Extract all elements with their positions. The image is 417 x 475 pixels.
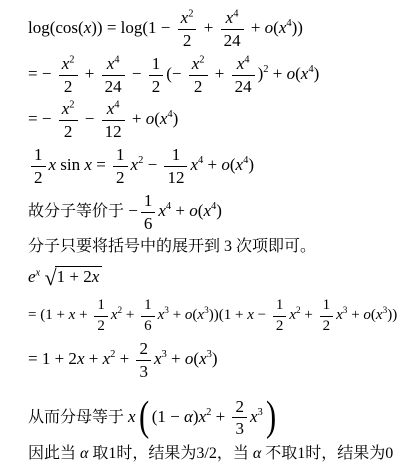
fraction: x22 (189, 54, 208, 96)
math-text: 1 (172, 145, 181, 164)
math-text: 3 (139, 362, 148, 381)
math-variable: o (265, 18, 274, 37)
fraction: 16 (141, 297, 155, 335)
math-variable: x (199, 406, 207, 425)
denominator: 2 (178, 30, 197, 50)
numerator: 1 (320, 297, 334, 317)
math-text: + (84, 349, 102, 368)
math-text: + (128, 109, 146, 128)
cjk-text: 不取1时，结果为0 (261, 445, 393, 462)
text-conclusion: 因此当 α 取1时，结果为3/2，当 α 不取1时，结果为0 (28, 444, 413, 463)
math-text: 1 (116, 145, 125, 164)
math-document: log(cos(x)) = log(1 − x22 + x424 + o(x4)… (0, 0, 417, 463)
math-text: + (269, 63, 287, 82)
math-text: + (301, 308, 317, 324)
denominator: 3 (232, 418, 247, 438)
math-text: − (128, 63, 146, 82)
math-variable: o (287, 63, 296, 82)
math-text: + (75, 308, 91, 324)
math-text: 4 (114, 54, 119, 65)
math-text: 24 (235, 77, 252, 96)
formula-log-cos-expansion: log(cos(x)) = log(1 − x22 + x424 + o(x4)… (28, 8, 413, 50)
math-text: 1 (152, 54, 161, 73)
math-variable: x (190, 155, 198, 174)
fraction: 12 (31, 145, 46, 187)
numerator: 1 (94, 297, 108, 317)
math-text: 1 (34, 145, 43, 164)
math-variable: x (49, 155, 57, 174)
math-variable: x (128, 406, 136, 425)
fraction: 12 (149, 54, 164, 96)
denominator: 24 (221, 30, 244, 50)
math-variable: x (131, 155, 139, 174)
math-variable: x (92, 267, 100, 286)
math-text: (1 − (152, 406, 184, 425)
math-text: + (247, 18, 265, 37)
fraction: 16 (141, 191, 156, 233)
formula-half-x-sin-x: 12x sin x = 12x2 − 112x4 + o(x4) (28, 145, 413, 187)
numerator: x4 (102, 99, 125, 121)
cjk-text: 因此当 (28, 445, 80, 462)
math-text: − (81, 109, 99, 128)
formula-expansion-step-2: = − x22 + x424 − 12(− x22 + x424)2 + o(x… (28, 54, 413, 96)
math-text: sin (56, 155, 84, 174)
denominator: 6 (141, 317, 155, 335)
fraction: 23 (136, 339, 151, 381)
math-text: 2 (139, 339, 148, 358)
fraction: 12 (113, 145, 128, 187)
denominator: 12 (102, 121, 125, 141)
formula-product-result: = 1 + 2x + x2 + 23x3 + o(x3) (28, 339, 413, 381)
fraction: 12 (94, 297, 108, 335)
math-text: 12 (105, 122, 122, 141)
superscript: 2 (188, 8, 193, 19)
math-variable: x (103, 349, 111, 368)
denominator: 2 (113, 167, 128, 187)
math-text: + (199, 18, 217, 37)
math-variable: o (189, 201, 198, 220)
math-text: = 1 + 2 (28, 349, 77, 368)
text-numerator-note: 分子只要将括号中的展开到 3 次项即可。 (28, 236, 413, 256)
fraction: x22 (59, 99, 78, 141)
math-text: − (124, 201, 138, 220)
fraction: 12 (320, 297, 334, 335)
math-variable: x (376, 308, 383, 324)
math-variable: x (250, 406, 258, 425)
fraction: x424 (232, 54, 255, 96)
math-variable: x (158, 201, 166, 220)
denominator: 2 (189, 76, 208, 96)
math-text: + (347, 308, 363, 324)
math-text: + (169, 308, 185, 324)
fraction: 12 (273, 297, 287, 335)
math-text: − (254, 308, 270, 324)
math-variable: e (28, 267, 36, 286)
math-text: 2 (323, 318, 331, 334)
numerator: x2 (178, 8, 197, 30)
math-text: ) (212, 349, 218, 368)
math-text: 2 (188, 8, 193, 19)
math-text: 2 (69, 54, 74, 65)
denominator: 2 (273, 317, 287, 335)
numerator: x4 (221, 8, 244, 30)
math-variable: x (203, 201, 211, 220)
math-text: = (92, 155, 110, 174)
math-text: 2 (152, 77, 161, 96)
math-text: log(cos( (28, 18, 84, 37)
math-text: 2 (97, 318, 105, 334)
math-text: ) (314, 63, 320, 82)
superscript: 2 (69, 100, 74, 111)
math-text: )) (387, 308, 397, 324)
math-variable: x (236, 155, 244, 174)
math-text: 1 + 2 (57, 267, 92, 286)
math-text: (− (166, 63, 186, 82)
numerator: x2 (189, 54, 208, 76)
math-text: + (211, 63, 229, 82)
sqrt-content: 1 + 2x (55, 266, 103, 287)
math-variable: x (289, 308, 296, 324)
math-text: ))(1 + (209, 308, 247, 324)
superscript: 4 (114, 100, 119, 111)
numerator: 1 (273, 297, 287, 317)
formula-expansion-result: = − x22 − x412 + o(x4) (28, 99, 413, 141)
math-text: 3 (235, 419, 244, 438)
cjk-text: 从而分母等于 (28, 408, 128, 425)
math-text: 2 (194, 77, 203, 96)
math-text: = − (28, 63, 56, 82)
math-text: + (81, 63, 99, 82)
math-text: − (143, 155, 161, 174)
math-text: 4 (244, 54, 249, 65)
math-text: 12 (167, 168, 184, 187)
math-variable: o (221, 155, 230, 174)
math-variable: o (146, 109, 155, 128)
math-text: 6 (144, 214, 153, 233)
cjk-text: 分子只要将括号中的展开到 3 次项即可。 (28, 238, 316, 255)
math-variable: x (247, 308, 254, 324)
numerator: 2 (232, 397, 247, 419)
numerator: x4 (232, 54, 255, 76)
square-root: √1 + 2x (44, 265, 102, 292)
math-text: 4 (114, 100, 119, 111)
math-text: 24 (105, 77, 122, 96)
numerator: 1 (164, 145, 187, 167)
denominator: 12 (164, 167, 187, 187)
superscript: 4 (244, 54, 249, 65)
superscript: 4 (114, 54, 119, 65)
math-text: 2 (64, 77, 73, 96)
denominator: 2 (31, 167, 46, 187)
math-variable: α (184, 406, 193, 425)
numerator: 1 (113, 145, 128, 167)
fraction: x424 (102, 54, 125, 96)
math-text: 1 (323, 297, 331, 313)
math-text: ) (173, 109, 179, 128)
fraction: x412 (102, 99, 125, 141)
fraction: x424 (221, 8, 244, 50)
math-text: + (211, 406, 229, 425)
numerator: 1 (149, 54, 164, 76)
denominator: 3 (136, 361, 151, 381)
denominator: 2 (94, 317, 108, 335)
math-text: 2 (116, 168, 125, 187)
numerator: x4 (102, 54, 125, 76)
math-text: 6 (144, 318, 152, 334)
math-text: 1 (97, 297, 105, 313)
math-text: + (171, 201, 189, 220)
math-text: + (115, 349, 133, 368)
text-numerator-equivalent: 故分子等价于 −16x4 + o(x4) (28, 191, 413, 233)
math-variable: o (363, 308, 371, 324)
numerator: 1 (31, 145, 46, 167)
math-text: )) (292, 18, 303, 37)
math-text: 3 (258, 407, 263, 418)
cjk-text: 取1时，结果为3/2，当 (88, 445, 252, 462)
numerator: 2 (136, 339, 151, 361)
denominator: 24 (102, 76, 125, 96)
math-text: )) = log(1 − (91, 18, 174, 37)
superscript: 3 (258, 407, 263, 418)
math-text: 4 (233, 8, 238, 19)
math-text: = (1 + (28, 308, 69, 324)
formula-ex-sqrt: ex √1 + 2x (28, 265, 413, 292)
math-text: + (167, 349, 185, 368)
superscript: 2 (199, 54, 204, 65)
denominator: 2 (59, 121, 78, 141)
math-text: 2 (199, 54, 204, 65)
math-variable: x (154, 349, 162, 368)
fraction: x22 (59, 54, 78, 96)
superscript: 2 (69, 54, 74, 65)
denominator: 2 (59, 76, 78, 96)
fraction: 23 (232, 397, 247, 439)
numerator: x2 (59, 99, 78, 121)
denominator: 24 (232, 76, 255, 96)
math-text: ) (216, 201, 222, 220)
math-text: 2 (34, 168, 43, 187)
fraction: x22 (178, 8, 197, 50)
numerator: 1 (141, 297, 155, 317)
denominator: 2 (320, 317, 334, 335)
formula-product-expansion: = (1 + x + 12x2 + 16x3 + o(x3))(1 + x − … (28, 297, 413, 335)
big-paren: ) (266, 400, 276, 434)
cjk-text: 故分子等价于 (28, 203, 124, 220)
math-text: ) (248, 155, 254, 174)
math-text: 2 (183, 31, 192, 50)
fraction: 112 (164, 145, 187, 187)
math-text: = − (28, 109, 56, 128)
math-text: 24 (224, 31, 241, 50)
math-variable: x (199, 349, 207, 368)
text-denominator-equals: 从而分母等于 x((1 − α)x2 + 23x3) (28, 397, 413, 439)
numerator: x2 (59, 54, 78, 76)
denominator: 2 (149, 76, 164, 96)
math-text: 2 (64, 122, 73, 141)
math-text: 1 (144, 297, 152, 313)
math-text: 1 (144, 191, 153, 210)
big-paren: ( (139, 400, 149, 434)
math-text: + (122, 308, 138, 324)
math-text: 2 (276, 318, 284, 334)
numerator: 1 (141, 191, 156, 213)
math-text: 2 (69, 100, 74, 111)
math-variable: x (84, 155, 92, 174)
math-text: 2 (235, 397, 244, 416)
denominator: 6 (141, 213, 156, 233)
math-text: 1 (276, 297, 284, 313)
math-variable: x (336, 308, 343, 324)
math-text: + (203, 155, 221, 174)
superscript: 4 (233, 8, 238, 19)
